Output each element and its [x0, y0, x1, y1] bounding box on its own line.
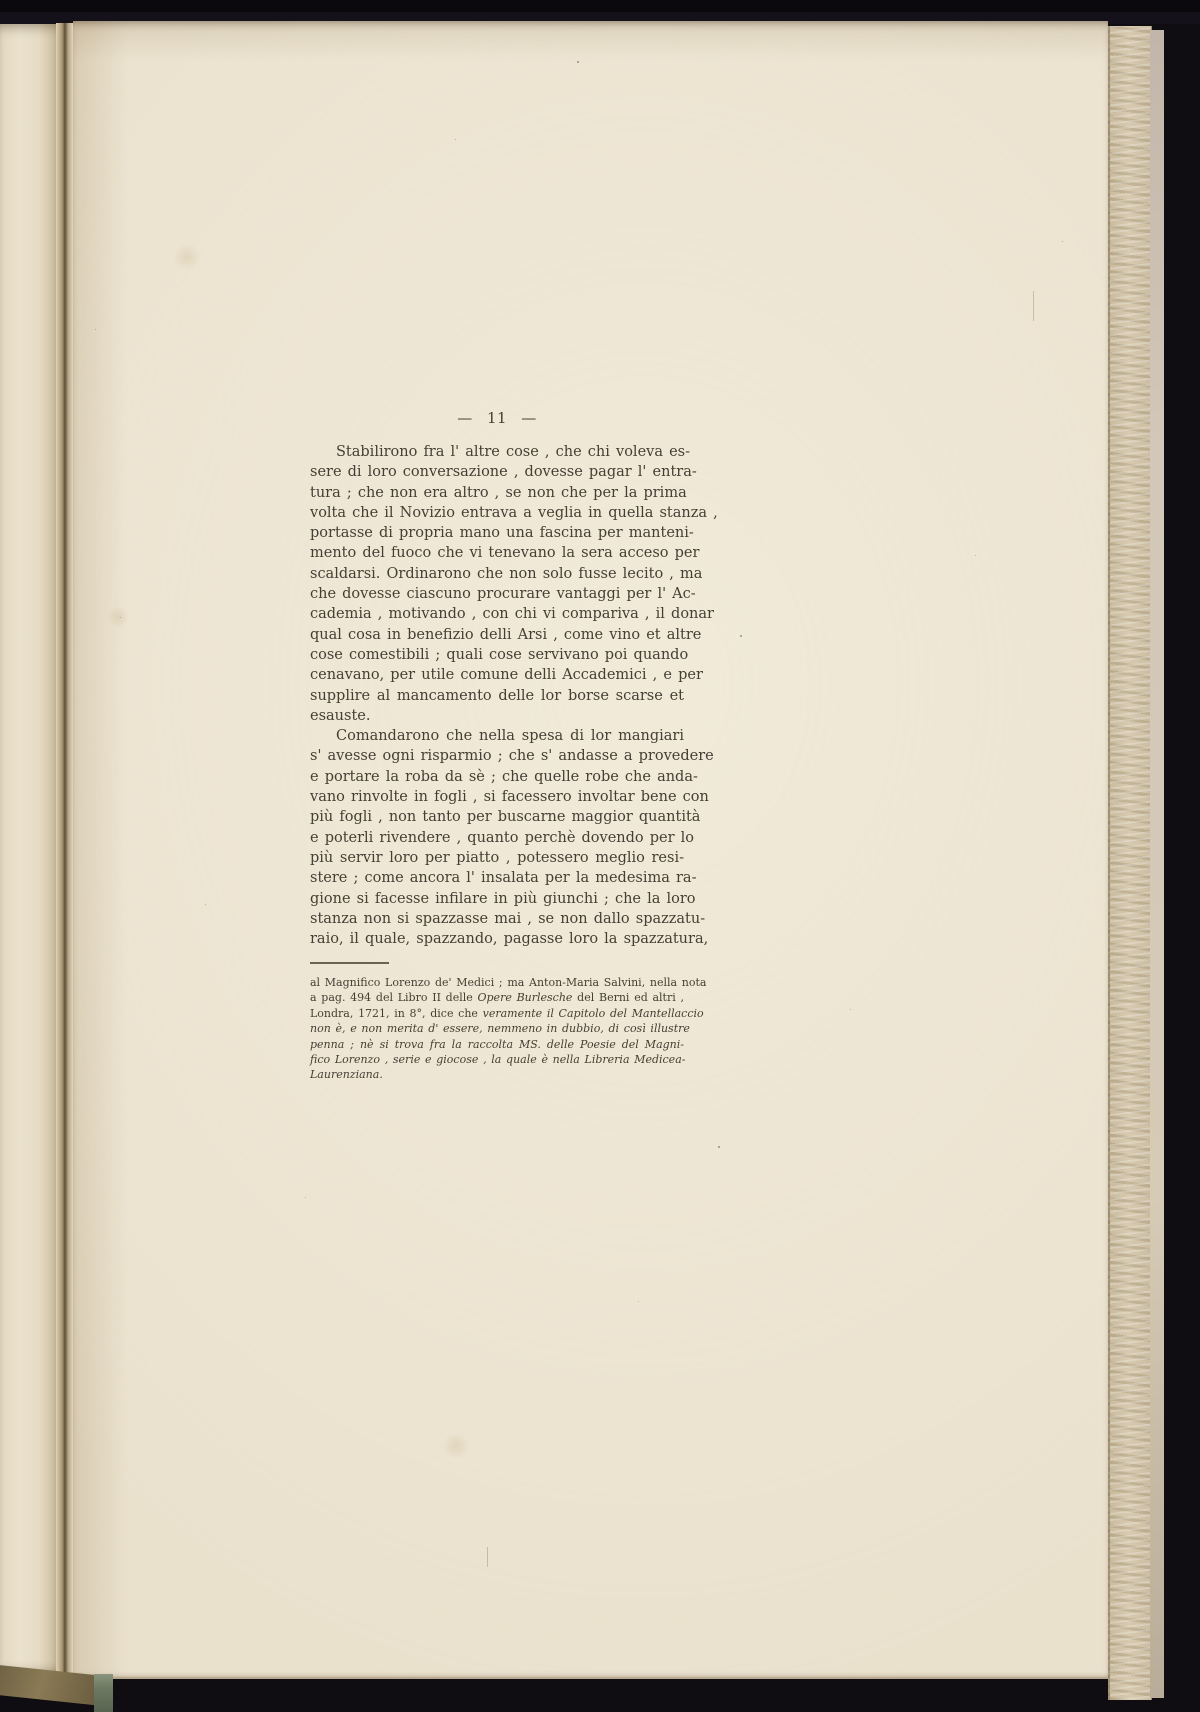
footnote-segment: penna ; nè si trova fra la raccolta MS. …: [310, 1038, 684, 1051]
footnote-rule: [310, 962, 389, 964]
text-line: cademia , motivando , con chi vi compari…: [310, 604, 684, 624]
scanned-book-page: — 11 — Stabilirono fra l' altre cose , c…: [0, 0, 1200, 1712]
text-line: gione si facesse infilare in più giunchi…: [310, 889, 684, 909]
book-stand-tab: [94, 1674, 113, 1712]
paper-speck: [975, 555, 976, 556]
text-line: cose comestibili ; quali cose servivano …: [310, 645, 684, 665]
text-line: scaldarsi. Ordinarono che non solo fusse…: [310, 564, 684, 584]
footnote-line: Laurenziana.: [310, 1067, 684, 1082]
footnote-segment: non è, e non merita d' essere, nemmeno i…: [310, 1022, 690, 1035]
paper-speck: [850, 1009, 851, 1010]
text-line: stere ; come ancora l' insalata per la m…: [310, 868, 684, 888]
footnote-segment: Laurenziana.: [310, 1068, 383, 1081]
text-line: e poterli rivendere , quanto perchè dove…: [310, 828, 684, 848]
footnote-segment: veramente il Capitolo del Mantellaccio: [483, 1007, 704, 1020]
text-line: Stabilirono fra l' altre cose , che chi …: [310, 442, 684, 462]
foxing-spot: [173, 243, 201, 271]
text-line: che dovesse ciascuno procurare vantaggi …: [310, 584, 684, 604]
paper-speck: [740, 635, 742, 637]
text-line: qual cosa in benefizio delli Arsi , come…: [310, 625, 684, 645]
under-page-edge: [1150, 30, 1164, 1698]
text-line: tura ; che non era altro , se non che pe…: [310, 483, 684, 503]
footnote-line: a pag. 494 del Libro II delle Opere Burl…: [310, 990, 684, 1005]
paper-speck: [95, 329, 96, 330]
text-line: più servir loro per piatto , potessero m…: [310, 848, 684, 868]
footnote-line: Londra, 1721, in 8°, dice che veramente …: [310, 1006, 684, 1021]
paper-speck: [718, 1146, 720, 1148]
footnote-segment: Opere Burlesche: [478, 991, 573, 1004]
page-number: — 11 —: [310, 409, 684, 427]
footnote-segment: a pag. 494 del Libro II delle: [310, 991, 478, 1004]
paper-speck: [577, 61, 579, 63]
paper-speck: [305, 1197, 306, 1198]
footnote-segment: fico Lorenzo , serie e giocose , la qual…: [310, 1053, 685, 1066]
paper-speck: [205, 904, 206, 905]
text-line: sere di loro conversazione , dovesse pag…: [310, 462, 684, 482]
footnote-line: penna ; nè si trova fra la raccolta MS. …: [310, 1037, 684, 1052]
text-line: stanza non si spazzasse mai , se non dal…: [310, 909, 684, 929]
paper-fiber: [487, 1547, 488, 1567]
deckle-edge: [1108, 26, 1152, 1700]
text-line: Comandarono che nella spesa di lor mangi…: [310, 726, 684, 746]
text-line: vano rinvolte in fogli , si facessero in…: [310, 787, 684, 807]
page-surface: — 11 — Stabilirono fra l' altre cose , c…: [73, 21, 1108, 1679]
text-line: e portare la roba da sè ; che quelle rob…: [310, 767, 684, 787]
text-line: volta che il Novizio entrava a veglia in…: [310, 503, 684, 523]
text-line: raio, il quale, spazzando, pagasse loro …: [310, 929, 684, 949]
text-line: supplire al mancamento delle lor borse s…: [310, 686, 684, 706]
text-line: mento del fuoco che vi tenevano la sera …: [310, 543, 684, 563]
paper-speck: [455, 139, 456, 140]
paper-fiber: [1033, 291, 1034, 321]
paper-speck: [1062, 241, 1063, 242]
book-gutter-crease: [56, 23, 73, 1673]
text-line: cenavano, per utile comune delli Accadem…: [310, 665, 684, 685]
footnote-line: al Magnifico Lorenzo de' Medici ; ma Ant…: [310, 975, 684, 990]
footnote-line: non è, e non merita d' essere, nemmeno i…: [310, 1021, 684, 1036]
body-text: Stabilirono fra l' altre cose , che chi …: [310, 442, 684, 949]
foxing-spot: [443, 1433, 469, 1459]
footnote-text: al Magnifico Lorenzo de' Medici ; ma Ant…: [310, 975, 684, 1083]
text-line: s' avesse ogni risparmio ; che s' andass…: [310, 746, 684, 766]
footnote-line: fico Lorenzo , serie e giocose , la qual…: [310, 1052, 684, 1067]
paper-speck: [638, 1301, 639, 1302]
footnote-segment: al Magnifico Lorenzo de' Medici ; ma Ant…: [310, 976, 706, 989]
foxing-spot: [107, 606, 129, 628]
facing-page-edge: [0, 24, 56, 1672]
footnote-segment: del Berni ed altri ,: [572, 991, 684, 1004]
text-line: esauste.: [310, 706, 684, 726]
text-line: portasse di propria mano una fascina per…: [310, 523, 684, 543]
text-line: più fogli , non tanto per buscarne maggi…: [310, 807, 684, 827]
footnote-segment: Londra, 1721, in 8°, dice che: [310, 1007, 483, 1020]
